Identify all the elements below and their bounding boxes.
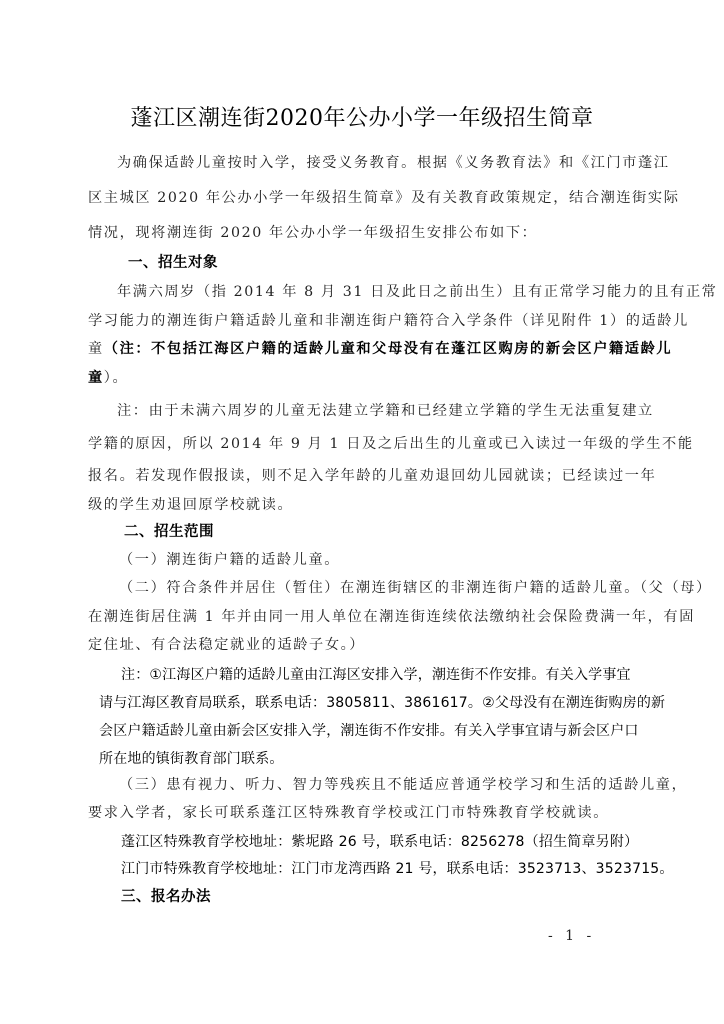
section2-note-line-3: 会区户籍适龄儿童由新会区安排入学，潮连街不作安排。有关入学事宜请与新会区户口 xyxy=(99,720,639,740)
section2-note-line-2: 请与江海区教育局联系，联系电话：3805811、3861617。②父母没有在潮连… xyxy=(99,692,665,712)
section1-note-line-3: 报名。若发现作假报读，则不足入学年龄的儿童劝退回幼儿园就读；已经读过一年 xyxy=(88,465,656,485)
section1-line-4-end: ）。 xyxy=(104,370,128,386)
section2-item-2-line-3: 定住址、有合法稳定就业的适龄子女。） xyxy=(88,634,365,654)
document-page: 蓬江区潮连街2020年公办小学一年级招生简章 为确保适龄儿童按时入学，接受义务教… xyxy=(0,0,724,1024)
section1-line-1: 年满六周岁（指 2014 年 8 月 31 日及此日之前出生）且有正常学习能力的… xyxy=(117,281,717,301)
section1-note-line-1: 注：由于未满六周岁的儿童无法建立学籍和已经建立学籍的学生无法重复建立 xyxy=(117,400,654,420)
section1-note-line-2: 学籍的原因，所以 2014 年 9 月 1 日及之后出生的儿童或已入读过一年级的… xyxy=(88,433,694,453)
section1-line-3-prefix: 童 xyxy=(88,341,104,357)
section2-note-line-4: 所在地的镇街教育部门联系。 xyxy=(99,748,284,768)
intro-line-3: 情况，现将潮连街 2020 年公办小学一年级招生安排公布如下： xyxy=(88,222,537,242)
section1-note-line-4: 级的学生劝退回原学校就读。 xyxy=(88,494,293,514)
document-title: 蓬江区潮连街2020年公办小学一年级招生简章 xyxy=(0,101,724,132)
school-pengjiang-info: 蓬江区特殊教育学校地址：紫坭路 26 号，联系电话：8256278（招生简章另附… xyxy=(121,831,638,851)
section1-heading: 一、招生对象 xyxy=(128,251,218,272)
intro-line-1: 为确保适龄儿童按时入学，接受义务教育。根据《义务教育法》和《江门市蓬江 xyxy=(117,152,670,172)
section3-heading: 三、报名办法 xyxy=(121,885,211,906)
intro-line-2: 区主城区 2020 年公办小学一年级招生简章》及有关教育政策规定，结合潮连街实际 xyxy=(88,187,680,207)
section1-line-3: 童（注：不包括江海区户籍的适龄儿童和父母没有在蓬江区购房的新会区户籍适龄儿 xyxy=(88,338,672,358)
section2-item-3-line-1: （三）患有视力、听力、智力等残疾且不能适应普通学校学习和生活的适龄儿童， xyxy=(119,774,687,794)
section2-heading: 二、招生范围 xyxy=(124,520,214,541)
school-jiangmen-info: 江门市特殊教育学校地址：江门市龙湾西路 21 号，联系电话：3523713、35… xyxy=(121,858,674,878)
page-number: - 1 - xyxy=(548,928,595,944)
section2-item-2-line-1: （二）符合条件并居住（暂住）在潮连街辖区的非潮连街户籍的适龄儿童。（父（母） xyxy=(119,577,712,597)
section2-note-line-1: 注：①江海区户籍的适龄儿童由江海区安排入学，潮连街不作安排。有关入学事宜 xyxy=(121,664,631,684)
section1-exclusion-note: （注：不包括江海区户籍的适龄儿童和父母没有在蓬江区购房的新会区户籍适龄儿 xyxy=(104,341,672,357)
section2-item-3-line-2: 要求入学者，家长可联系蓬江区特殊教育学校或江门市特殊教育学校就读。 xyxy=(88,802,609,822)
section2-item-1: （一）潮连街户籍的适龄儿童。 xyxy=(119,549,340,569)
section1-line-4-bold: 童 xyxy=(88,370,104,386)
section1-line-4: 童）。 xyxy=(88,367,128,387)
section2-item-2-line-2: 在潮连街居住满 1 年并由同一用人单位在潮连街连续依法缴纳社会保险费满一年，有固 xyxy=(88,606,695,626)
section1-line-2: 学习能力的潮连街户籍适龄儿童和非潮连街户籍符合入学条件（详见附件 1）的适龄儿 xyxy=(88,310,689,330)
